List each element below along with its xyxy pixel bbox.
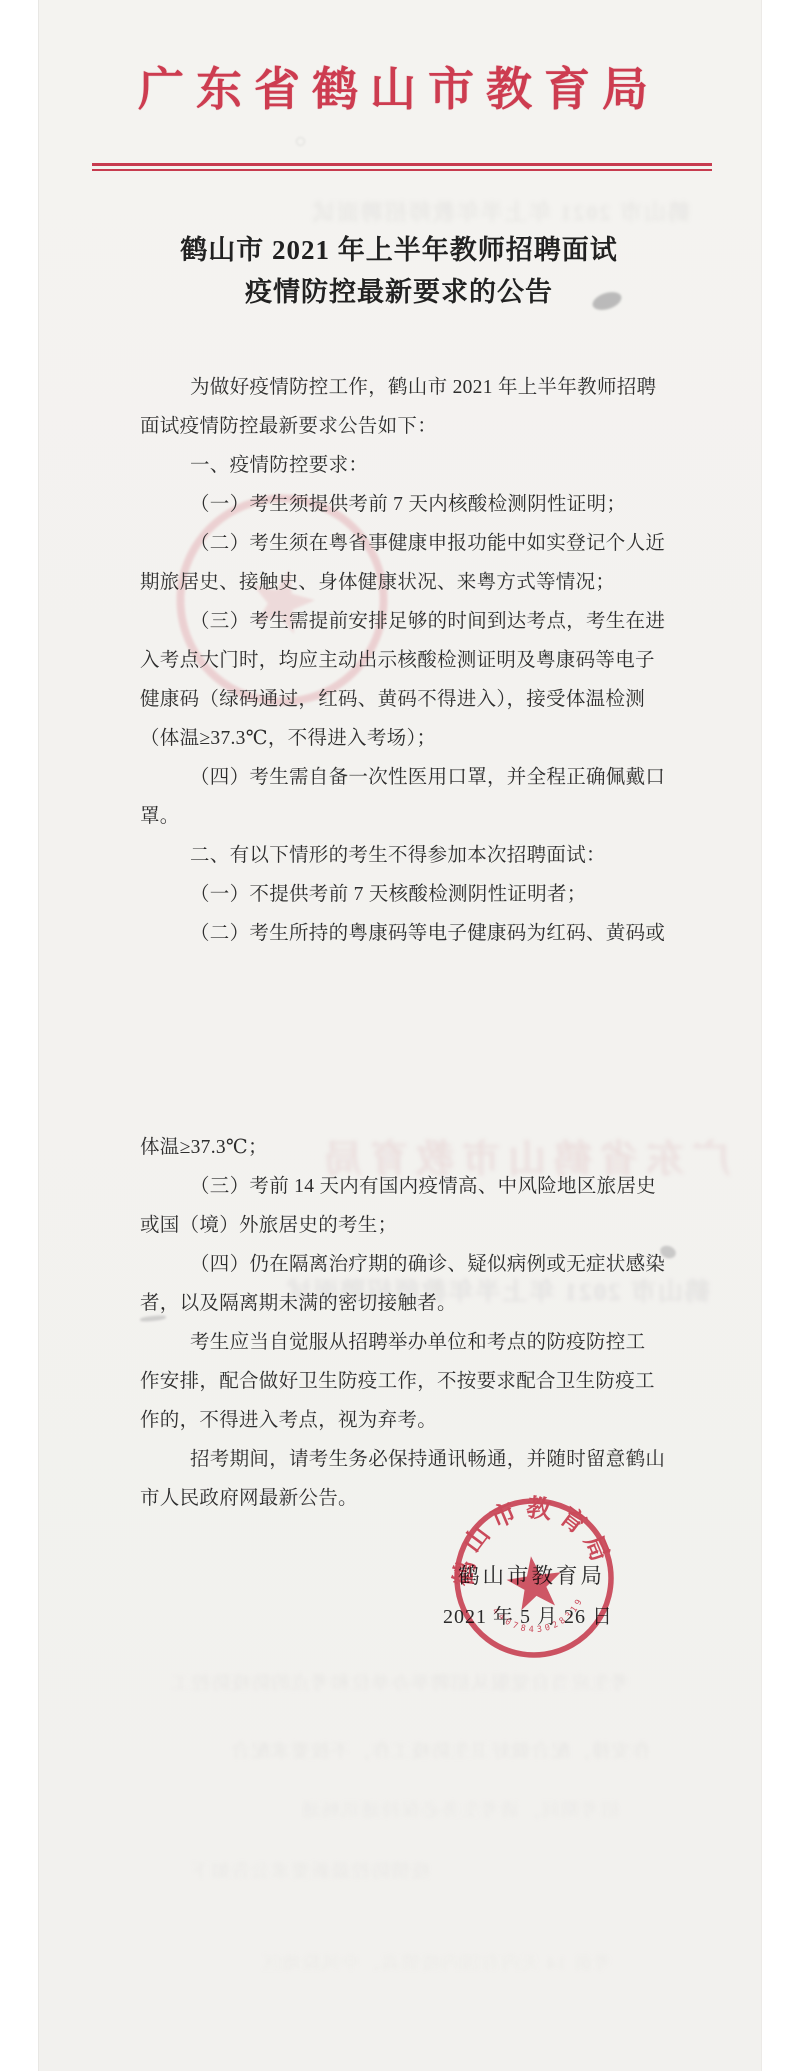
body-line: 罩。 <box>140 797 675 836</box>
body-line: （体温≥37.3℃，不得进入考场）； <box>140 719 675 758</box>
body-line: 为做好疫情防控工作，鹤山市 2021 年上半年教师招聘 <box>140 368 675 407</box>
document-title-line1: 鹤山市 2021 年上半年教师招聘面试 <box>38 233 760 267</box>
body-line: 或国（境）外旅居史的考生； <box>140 1206 675 1245</box>
body-line: 者，以及隔离期未满的密切接触者。 <box>140 1284 675 1323</box>
body-page1: 为做好疫情防控工作，鹤山市 2021 年上半年教师招聘 面试疫情防控最新要求公告… <box>140 368 675 953</box>
body-line: 面试疫情防控最新要求公告如下： <box>140 407 675 446</box>
body-line: 健康码（绿码通过，红码、黄码不得进入），接受体温检测 <box>140 680 675 719</box>
official-seal: 鹤山市教育局 4407843028319 <box>437 1481 631 1675</box>
body-line: （四）考生需自备一次性医用口罩，并全程正确佩戴口 <box>140 758 675 797</box>
scan-speck <box>296 137 305 146</box>
body-line: （一）考生须提供考前 7 天内核酸检测阴性证明； <box>140 485 675 524</box>
body-line: 招考期间，请考生务必保持通讯畅通，并随时留意鹤山 <box>140 1440 675 1479</box>
body-page2: 体温≥37.3℃； （三）考前 14 天内有国内疫情高、中风险地区旅居史 或国（… <box>140 1128 675 1518</box>
body-line: （四）仍在隔离治疗期的确诊、疑似病例或无症状感染 <box>140 1245 675 1284</box>
body-line: 作的，不得进入考点，视为弃考。 <box>140 1401 675 1440</box>
paper-sheet <box>38 0 762 2071</box>
body-line: （三）考生需提前安排足够的时间到达考点，考生在进 <box>140 602 675 641</box>
body-line: 入考点大门时，均应主动出示核酸检测证明及粤康码等电子 <box>140 641 675 680</box>
body-line: 体温≥37.3℃； <box>140 1128 675 1167</box>
document-title-line2: 疫情防控最新要求的公告 <box>38 275 760 309</box>
body-line: 二、有以下情形的考生不得参加本次招聘面试： <box>140 836 675 875</box>
body-line: （三）考前 14 天内有国内疫情高、中风险地区旅居史 <box>140 1167 675 1206</box>
svg-text:4407843028319: 4407843028319 <box>489 1594 590 1641</box>
scanned-document: 鹤山市 2021 年上半年教师招聘面试 广东省鹤山市教育局 鹤山市 2021 年… <box>0 0 800 2071</box>
body-line: （二）考生所持的粤康码等电子健康码为红码、黄码或 <box>140 914 675 953</box>
body-line: 作安排，配合做好卫生防疫工作，不按要求配合卫生防疫工 <box>140 1362 675 1401</box>
body-line: （二）考生须在粤省事健康申报功能中如实登记个人近 <box>140 524 675 563</box>
body-line: 一、疫情防控要求： <box>140 446 675 485</box>
body-line: 期旅居史、接触史、身体健康状况、来粤方式等情况； <box>140 563 675 602</box>
red-star-icon <box>504 1552 566 1611</box>
letterhead-divider <box>92 163 712 171</box>
body-line: 考生应当自觉服从招聘举办单位和考点的防疫防控工 <box>140 1323 675 1362</box>
seal-code: 4407843028319 <box>489 1594 590 1641</box>
letterhead-title: 广东省鹤山市教育局 <box>38 62 760 118</box>
body-line: （一）不提供考前 7 天核酸检测阴性证明者； <box>140 875 675 914</box>
